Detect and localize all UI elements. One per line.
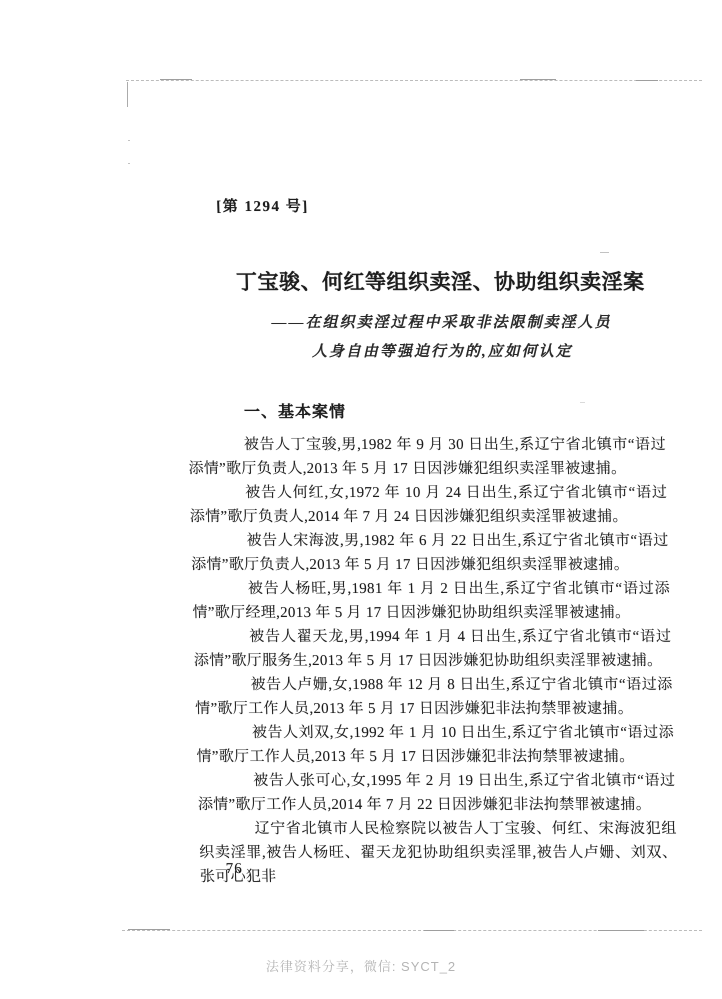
- case-number: [第 1294 号]: [216, 195, 309, 216]
- page-content: [第 1294 号] 丁宝骏、何红等组织卖淫、协助组织卖淫案 ——在组织卖淫过程…: [0, 0, 722, 999]
- footer-watermark: 法律资料分享，微信: SYCT_2: [0, 956, 722, 975]
- paragraph-defendant-liu-shuang: 被告人刘双,女,1992 年 1 月 10 日出生,系辽宁省北镇市“语过添情”歌…: [196, 721, 675, 769]
- paragraph-defendant-zhai-tianlong: 被告人翟天龙,男,1994 年 1 月 4 日出生,系辽宁省北镇市“语过添情”歌…: [193, 625, 672, 673]
- page-number: 76: [226, 861, 243, 878]
- paragraph-defendant-song-haibo: 被告人宋海波,男,1982 年 6 月 22 日出生,系辽宁省北镇市“语过添情”…: [190, 529, 669, 577]
- paragraph-procuratorate-charges: 辽宁省北镇市人民检察院以被告人丁宝骏、何红、宋海波犯组织卖淫罪,被告人杨旺、翟天…: [198, 817, 678, 889]
- paragraph-defendant-zhang-kexin: 被告人张可心,女,1995 年 2 月 19 日出生,系辽宁省北镇市“语过添情”…: [197, 769, 676, 817]
- paragraph-defendant-ding-baojun: 被告人丁宝骏,男,1982 年 9 月 30 日出生,系辽宁省北镇市“语过添情”…: [188, 433, 667, 481]
- scanned-document-page: [第 1294 号] 丁宝骏、何红等组织卖淫、协助组织卖淫案 ——在组织卖淫过程…: [0, 0, 722, 999]
- paragraph-defendant-he-hong: 被告人何红,女,1972 年 10 月 24 日出生,系辽宁省北镇市“语过添情”…: [189, 481, 668, 529]
- case-subtitle-line1: ——在组织卖淫过程中采取非法限制卖淫人员: [202, 309, 681, 338]
- section-heading-basic-facts: 一、基本案情: [244, 399, 347, 422]
- case-body-text: 被告人丁宝骏,男,1982 年 9 月 30 日出生,系辽宁省北镇市“语过添情”…: [188, 433, 679, 889]
- paragraph-defendant-lu-shan: 被告人卢姗,女,1988 年 12 月 8 日出生,系辽宁省北镇市“语过添情”歌…: [194, 673, 673, 721]
- case-title: 丁宝骏、何红等组织卖淫、协助组织卖淫案: [201, 266, 680, 296]
- paragraph-defendant-yang-wang: 被告人杨旺,男,1981 年 1 月 2 日出生,系辽宁省北镇市“语过添情”歌厅…: [192, 577, 671, 625]
- case-subtitle-line2: 人身自由等强迫行为的,应如何认定: [203, 338, 682, 367]
- case-subtitle: ——在组织卖淫过程中采取非法限制卖淫人员 人身自由等强迫行为的,应如何认定: [202, 309, 682, 367]
